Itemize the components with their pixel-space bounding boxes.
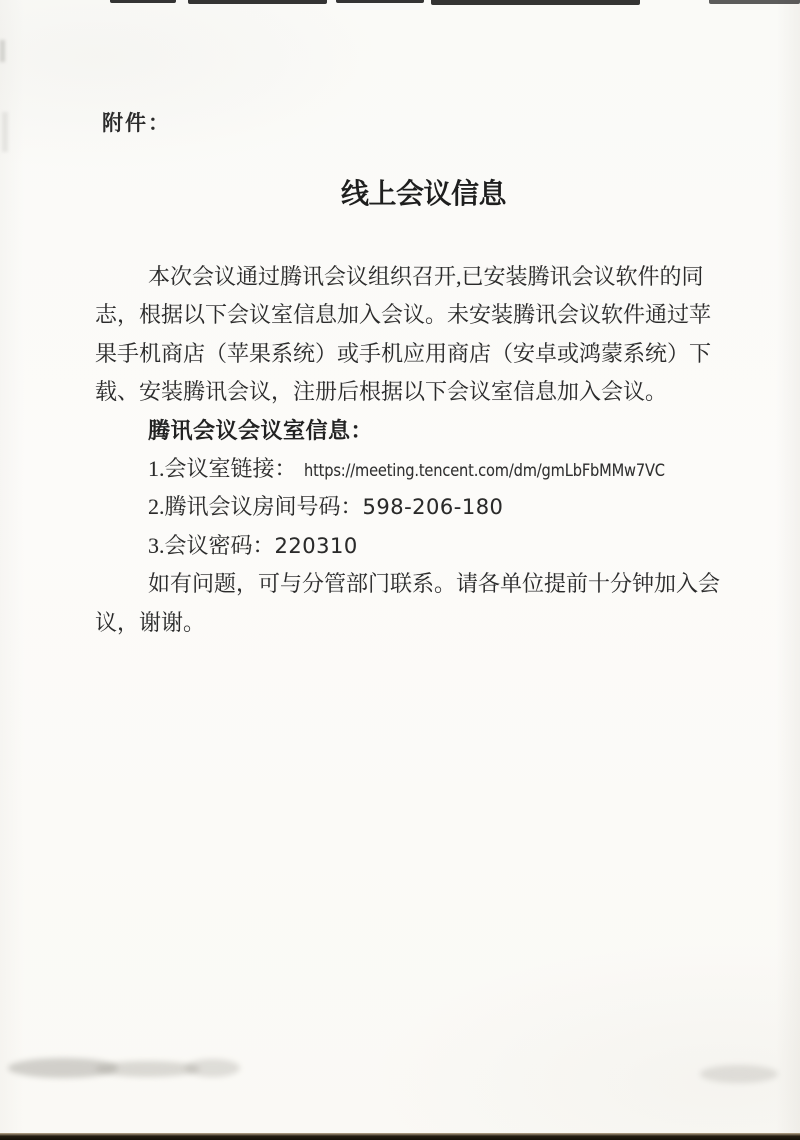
closing-line-1: 如有问题，可与分管部门联系。请各单位提前十分钟加入会 [95,565,735,603]
meeting-room-label: 2.腾讯会议房间号码： [148,494,363,519]
intro-line-3: 果手机商店（苹果系统）或手机应用商店（安卓或鸿蒙系统）下 [95,335,735,373]
meeting-info-heading: 腾讯会议会议室信息： [95,412,735,450]
meeting-room-item: 2.腾讯会议房间号码：598-206-180 [95,488,735,526]
meeting-link-url: https://meeting.tencent.com/dm/gmLbFbMMw… [304,452,665,490]
meeting-password-value: 220310 [275,534,358,558]
document-title: 线上会议信息 [341,180,506,211]
scan-left-edge-mark [2,112,8,152]
scan-top-edge-artifact [336,0,424,3]
closing-line-2: 议，谢谢。 [95,604,735,642]
meeting-room-number: 598-206-180 [363,495,504,519]
scan-top-edge-artifact [188,0,327,4]
meeting-password-item: 3.会议密码：220310 [95,527,735,565]
scan-smudge [700,1065,778,1083]
scan-top-edge-artifact [110,0,176,3]
attachment-label: 附件： [102,112,171,135]
scan-smudge [185,1059,240,1077]
intro-line-2: 志，根据以下会议室信息加入会议。未安装腾讯会议软件通过苹 [95,296,735,334]
scan-top-edge-artifact [431,0,640,5]
document-body: 本次会议通过腾讯会议组织召开,已安装腾讯会议软件的同 志，根据以下会议室信息加入… [95,258,735,642]
scan-top-edge-artifact [709,0,800,4]
intro-line-1: 本次会议通过腾讯会议组织召开,已安装腾讯会议软件的同 [95,258,735,296]
intro-line-4: 载、安装腾讯会议，注册后根据以下会议室信息加入会议。 [95,373,735,411]
meeting-link-item: 1.会议室链接：https://meeting.tencent.com/dm/g… [95,450,735,488]
scanned-document-page: 附件： 线上会议信息 本次会议通过腾讯会议组织召开,已安装腾讯会议软件的同 志，… [0,0,800,1140]
meeting-link-label: 1.会议室链接： [148,456,297,481]
scan-bottom-edge-line [0,1133,800,1140]
meeting-password-label: 3.会议密码： [148,533,275,558]
scan-left-edge-mark [0,40,5,62]
